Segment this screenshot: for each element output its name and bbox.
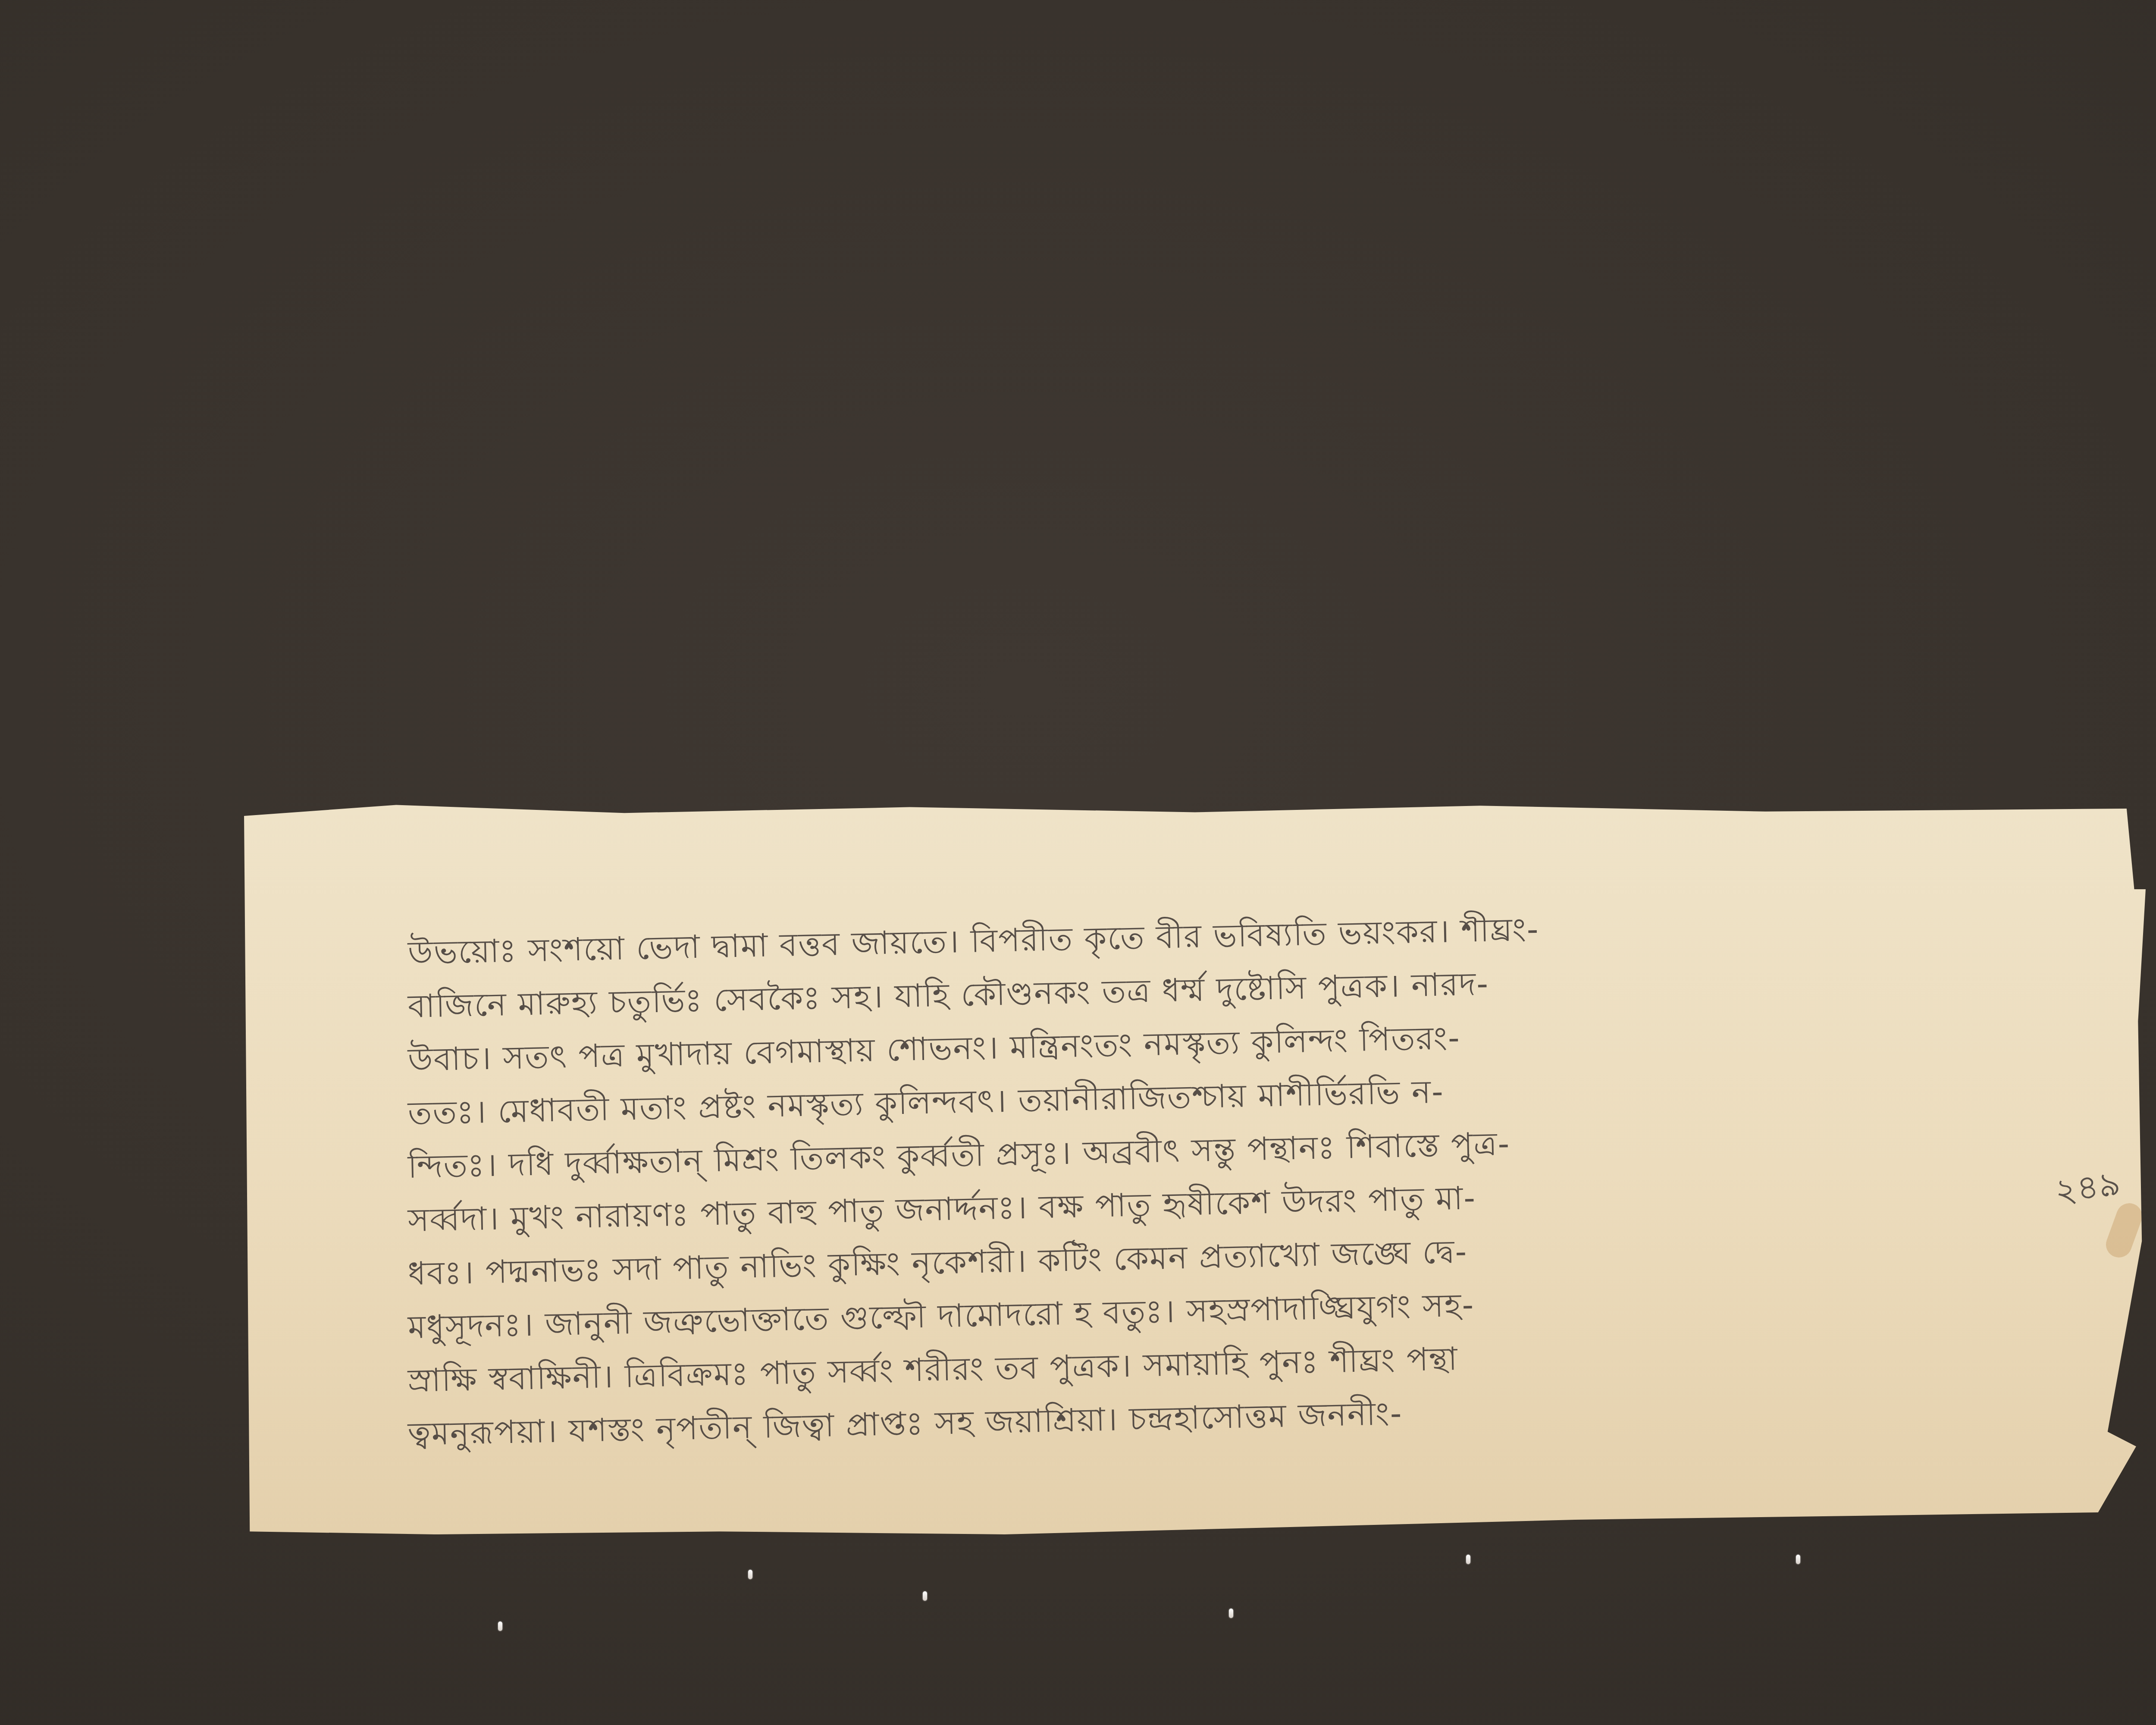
pin-mark bbox=[1229, 1609, 1233, 1618]
manuscript-leaf: উভয়োঃ সংশয়ো ভেদা দ্বামা বত্তব জায়তে। … bbox=[244, 801, 2146, 1534]
pin-mark bbox=[1466, 1555, 1470, 1564]
pin-mark bbox=[498, 1621, 502, 1631]
pin-mark bbox=[748, 1570, 752, 1579]
pin-mark bbox=[1796, 1555, 1800, 1564]
pin-mark bbox=[923, 1591, 927, 1601]
folio-number: ২৪৯ bbox=[2052, 1157, 2125, 1222]
mounting-board: উভয়োঃ সংশয়ো ভেদা দ্বামা বত্তব জায়তে। … bbox=[0, 0, 2156, 1725]
manuscript-text: উভয়োঃ সংশয়ো ভেদা দ্বামা বত্তব জায়তে। … bbox=[408, 926, 1982, 1461]
